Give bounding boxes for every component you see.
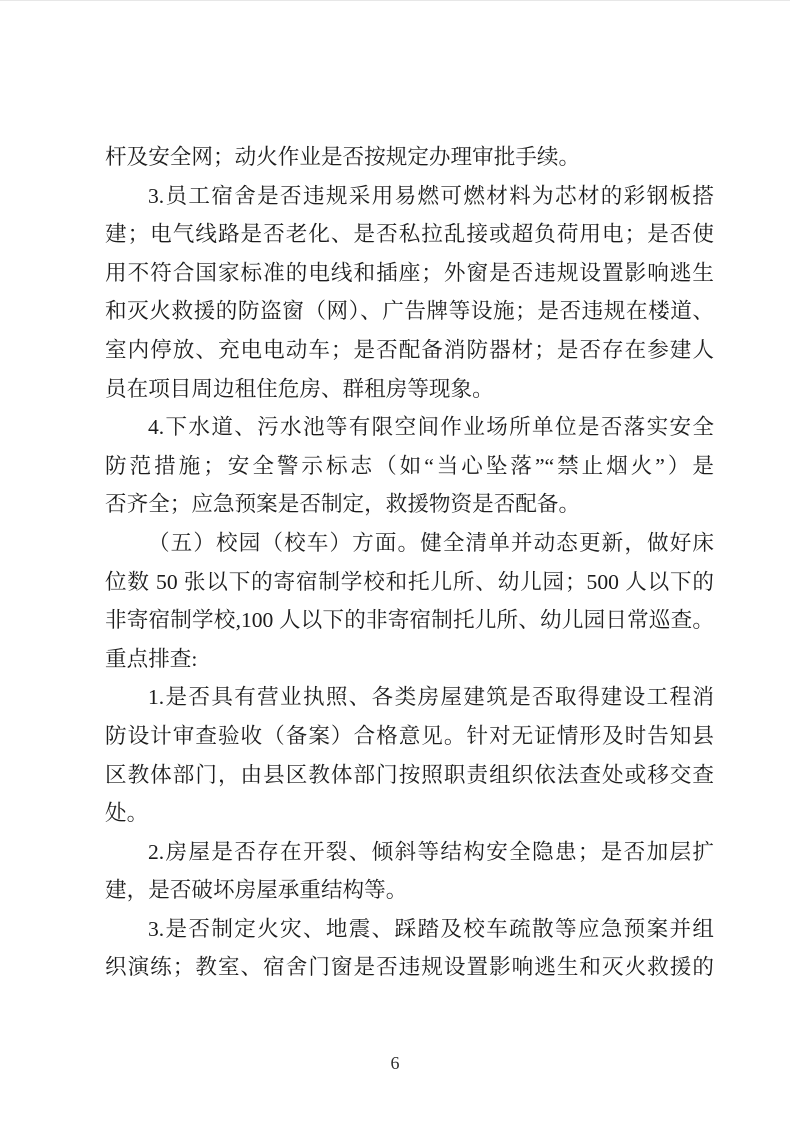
- text-line: 防范措施；安全警示标志（如“当心坠落”“禁止烟火”）是: [105, 447, 714, 486]
- text-line: 位数 50 张以下的寄宿制学校和托儿所、幼儿园；500 人以下的: [105, 563, 714, 602]
- paragraph-item-3-dormitory: 3.员工宿舍是否违规采用易燃可燃材料为芯材的彩钢板搭 建；电气线路是否老化、是否…: [105, 177, 714, 409]
- text-line: 建，是否破坏房屋承重结构等。: [105, 871, 714, 910]
- text-line: 织演练；教室、宿舍门窗是否违规设置影响逃生和灭火救援的: [105, 948, 714, 987]
- text-line: 否齐全；应急预案是否制定，救援物资是否配备。: [105, 485, 714, 524]
- text-line: 用不符合国家标准的电线和插座；外窗是否违规设置影响逃生: [105, 254, 714, 293]
- text-line: 重点排查:: [105, 640, 714, 679]
- text-line: 处。: [105, 794, 714, 833]
- paragraph-item-2-structure: 2.房屋是否存在开裂、倾斜等结构安全隐患；是否加层扩 建，是否破坏房屋承重结构等…: [105, 833, 714, 910]
- paragraph-item-4-confined-space: 4.下水道、污水池等有限空间作业场所单位是否落实安全 防范措施；安全警示标志（如…: [105, 408, 714, 524]
- text-line: 区教体部门，由县区教体部门按照职责组织依法查处或移交查: [105, 756, 714, 795]
- text-line: 2.房屋是否存在开裂、倾斜等结构安全隐患；是否加层扩: [105, 833, 714, 872]
- paragraph-item-1-license: 1.是否具有营业执照、各类房屋建筑是否取得建设工程消 防设计审查验收（备案）合格…: [105, 678, 714, 832]
- text-line: 建；电气线路是否老化、是否私拉乱接或超负荷用电；是否使: [105, 215, 714, 254]
- text-line: 非寄宿制学校,100 人以下的非寄宿制托儿所、幼儿园日常巡查。: [105, 601, 714, 640]
- text-line: 防设计审查验收（备案）合格意见。针对无证情形及时告知县: [105, 717, 714, 756]
- paragraph-item-3-emergency-plan: 3.是否制定火灾、地震、踩踏及校车疏散等应急预案并组 织演练；教室、宿舍门窗是否…: [105, 910, 714, 987]
- document-body: 杆及安全网；动火作业是否按规定办理审批手续。 3.员工宿舍是否违规采用易燃可燃材…: [105, 138, 714, 987]
- page-top-edge: [0, 0, 790, 1]
- text-line: （五）校园（校车）方面。健全清单并动态更新，做好床: [105, 524, 714, 563]
- text-line: 员在项目周边租住危房、群租房等现象。: [105, 370, 714, 409]
- text-line: 杆及安全网；动火作业是否按规定办理审批手续。: [105, 138, 714, 177]
- text-line: 和灭火救援的防盗窗（网）、广告牌等设施；是否违规在楼道、: [105, 292, 714, 331]
- text-line: 3.员工宿舍是否违规采用易燃可燃材料为芯材的彩钢板搭: [105, 177, 714, 216]
- paragraph-section-5-campus: （五）校园（校车）方面。健全清单并动态更新，做好床 位数 50 张以下的寄宿制学…: [105, 524, 714, 678]
- text-line: 3.是否制定火灾、地震、踩踏及校车疏散等应急预案并组: [105, 910, 714, 949]
- paragraph-scaffold-continuation: 杆及安全网；动火作业是否按规定办理审批手续。: [105, 138, 714, 177]
- text-line: 1.是否具有营业执照、各类房屋建筑是否取得建设工程消: [105, 678, 714, 717]
- text-line: 室内停放、充电电动车；是否配备消防器材；是否存在参建人: [105, 331, 714, 370]
- text-line: 4.下水道、污水池等有限空间作业场所单位是否落实安全: [105, 408, 714, 447]
- page-number: 6: [0, 1052, 790, 1074]
